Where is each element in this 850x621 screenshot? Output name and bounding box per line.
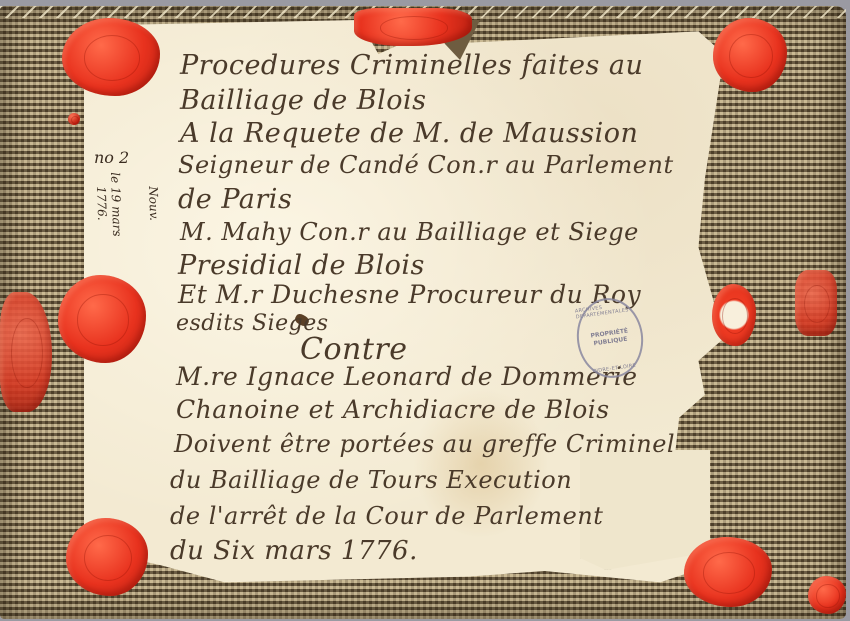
wax-seal-top-right (713, 18, 787, 92)
text-line: Presidial de Blois (178, 250, 425, 281)
wax-seal-top-left (62, 18, 160, 96)
wax-seal-bottom-corner (808, 576, 846, 614)
wax-seal-bottom-right (684, 537, 772, 607)
text-line: du Bailliage de Tours Execution (170, 466, 572, 494)
text-line: Bailliage de Blois (180, 85, 427, 116)
wax-seal-left (58, 275, 146, 363)
wax-drop (68, 113, 80, 125)
text-line: de Paris (178, 184, 292, 215)
wax-seal-bottom-left (66, 518, 148, 596)
text-line: Seigneur de Candé Con.r au Parlement (178, 151, 674, 179)
margin-note: Nouv. (146, 186, 161, 221)
margin-number: no 2 (94, 148, 129, 167)
wax-seal-broken (712, 284, 756, 346)
text-line: Chanoine et Archidiacre de Blois (176, 395, 610, 424)
wax-seal-top-center (354, 8, 472, 46)
text-line: Et M.r Duchesne Procureur du Roy (178, 280, 641, 309)
margin-year: 1776. (94, 186, 109, 221)
text-line: M. Mahy Con.r au Bailliage et Siege (180, 218, 639, 246)
text-line: M.re Ignace Leonard de Dommerie (176, 362, 638, 391)
text-line: Doivent être portées au greffe Criminel (174, 430, 675, 458)
margin-date: le 19 mars (108, 172, 124, 237)
text-line-date: du Six mars 1776. (170, 536, 418, 566)
wax-seal-right-edge (795, 270, 837, 336)
text-line: Procedures Criminelles faites au (180, 50, 643, 81)
wax-seal-left-edge (0, 292, 52, 412)
text-line: de l'arrêt de la Cour de Parlement (170, 502, 603, 530)
text-line: A la Requete de M. de Maussion (180, 118, 638, 149)
